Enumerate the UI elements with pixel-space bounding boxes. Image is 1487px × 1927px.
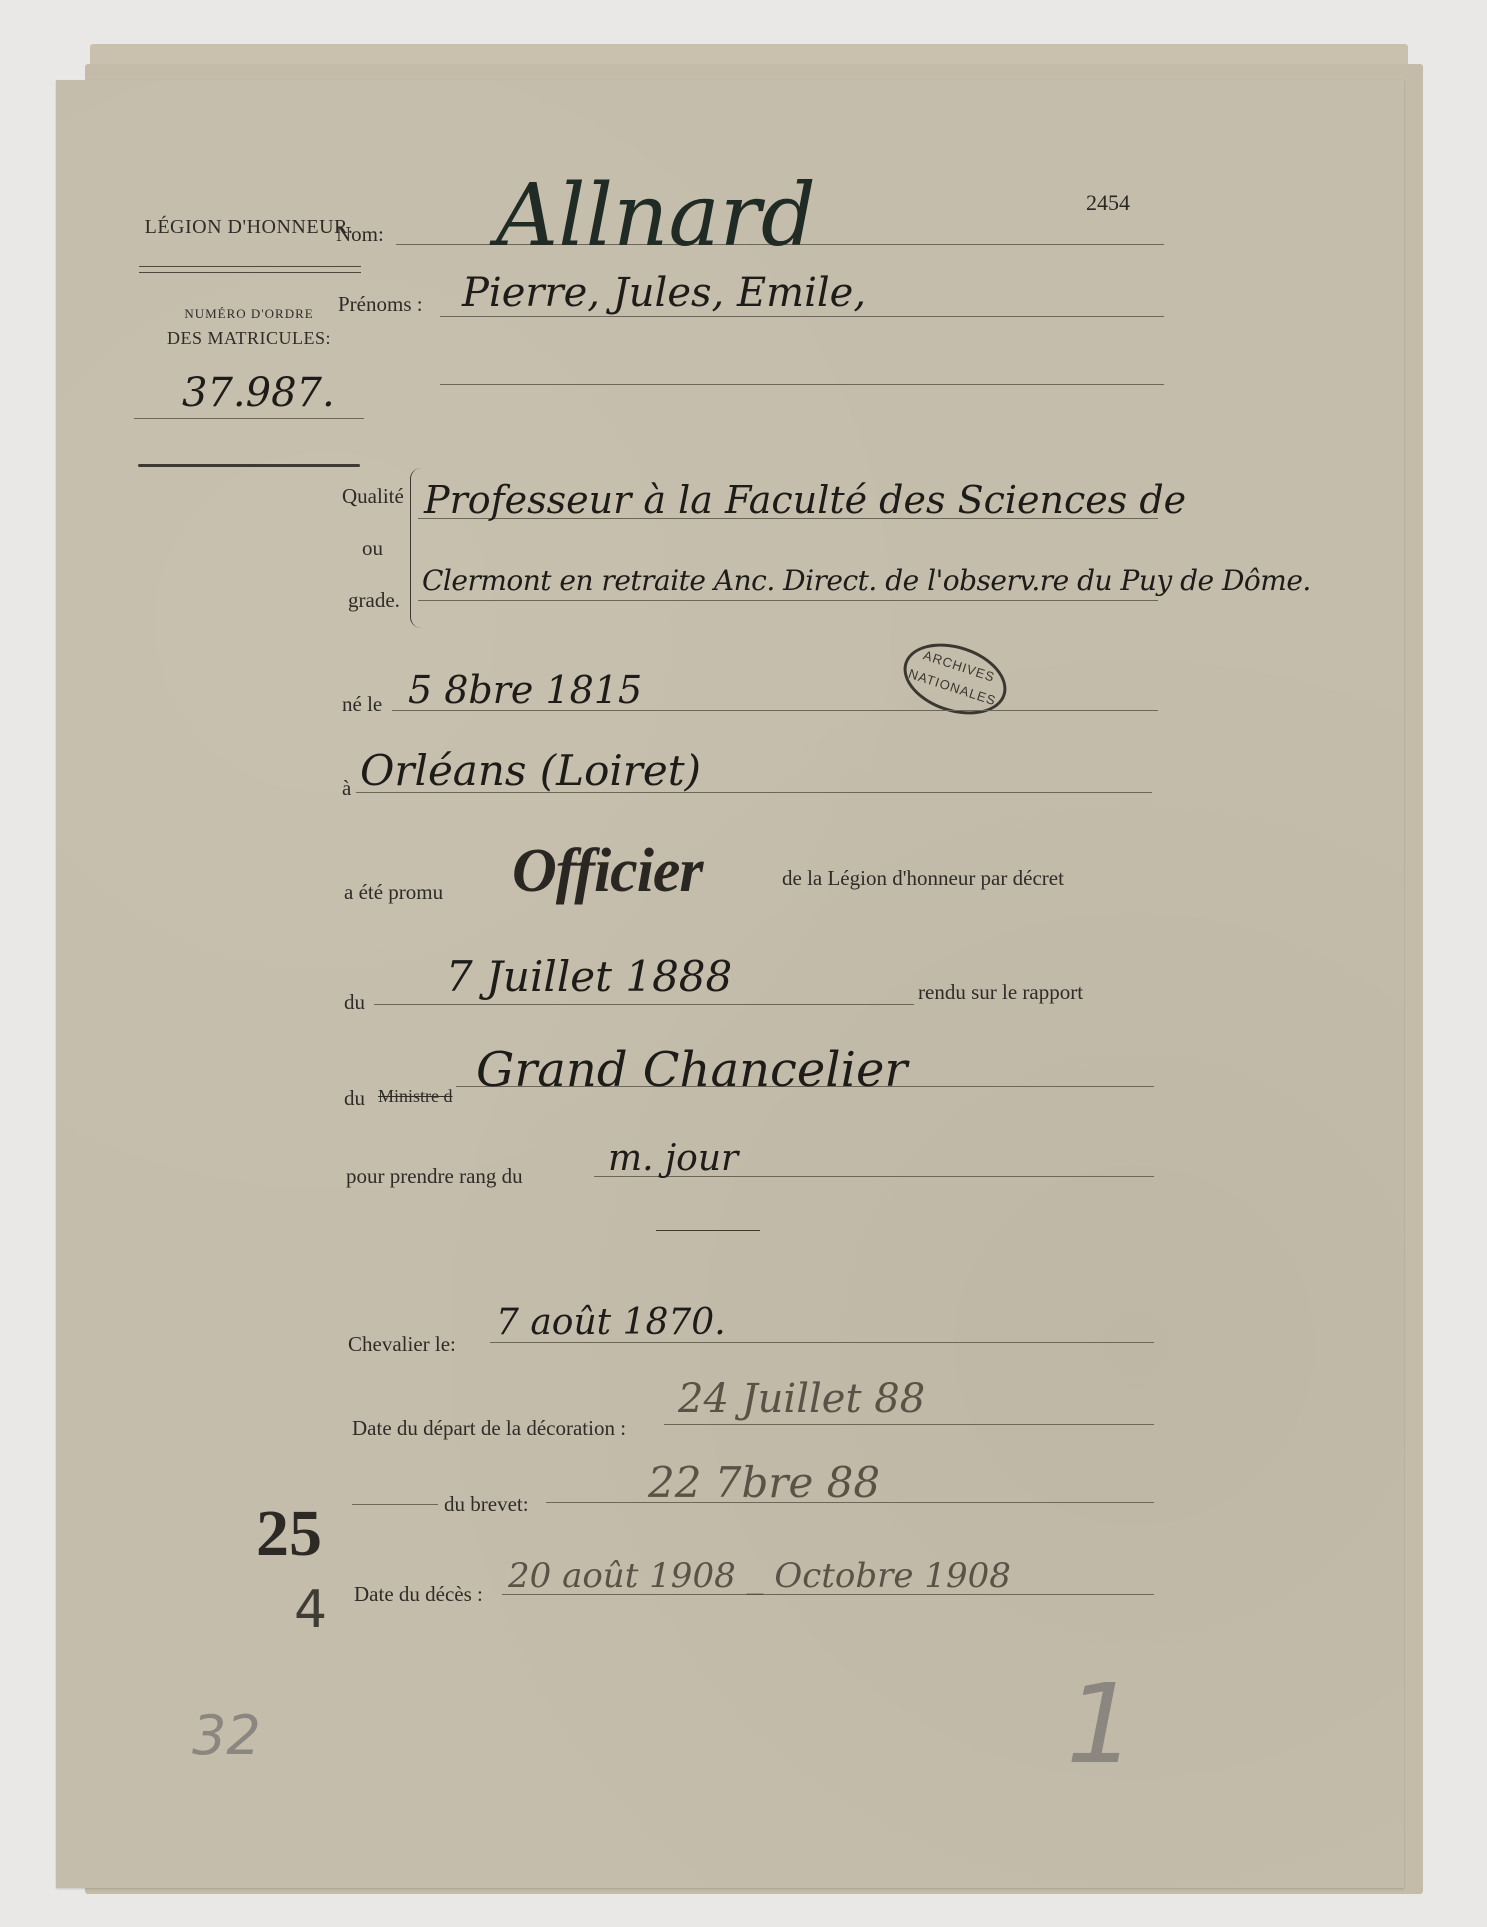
matricule-number: 37.987.	[182, 370, 335, 416]
rank-officier: Officier	[512, 836, 703, 907]
nom-label: Nom:	[336, 222, 384, 247]
brevet-prefix-line	[352, 1504, 438, 1505]
depart-decoration-label: Date du départ de la décoration :	[352, 1416, 626, 1441]
section-divider	[656, 1230, 760, 1231]
prenoms-label: Prénoms :	[338, 292, 423, 317]
lieu-value: Orléans (Loiret)	[360, 746, 701, 795]
archives-nationales-stamp: ARCHIVES NATIONALES	[894, 631, 1015, 727]
qualite-grade-label: grade.	[348, 588, 400, 613]
matricule-underline	[134, 418, 364, 419]
deces-value: 20 août 1908 _ Octobre 1908	[508, 1556, 1011, 1596]
rang-label: pour prendre rang du	[346, 1164, 523, 1189]
document-page: LÉGION D'HONNEUR. NUMÉRO D'ORDRE DES MAT…	[56, 80, 1404, 1888]
brevet-label: du brevet:	[444, 1492, 529, 1517]
qualite-line-2	[418, 600, 1158, 601]
rang-value: m. jour	[608, 1138, 738, 1179]
qualite-value-1: Professeur à la Faculté des Sciences de	[424, 478, 1186, 522]
struck-ministre-text: Ministre d	[378, 1086, 453, 1107]
lieu-label: à	[342, 776, 351, 801]
depart-decoration-value: 24 Juillet 88	[678, 1376, 925, 1422]
decret-du-label: du	[344, 990, 365, 1015]
legion-honneur-title: LÉGION D'HONNEUR.	[139, 216, 359, 239]
decret-date-value: 7 Juillet 1888	[446, 952, 732, 1001]
chevalier-label: Chevalier le:	[348, 1332, 456, 1357]
sub-number: 4	[294, 1580, 327, 1640]
qualite-bracket	[410, 468, 421, 628]
nom-value: Allnard	[496, 166, 816, 266]
order-label-top: NUMÉRO D'ORDRE	[139, 306, 359, 322]
box-number: 25	[256, 1496, 322, 1572]
depart-decoration-line	[664, 1424, 1154, 1425]
header-divider	[139, 266, 361, 273]
promu-label-after: de la Légion d'honneur par décret	[782, 866, 1064, 891]
prenoms-line	[440, 316, 1164, 317]
qualite-value-2: Clermont en retraite Anc. Direct. de l'o…	[422, 564, 1311, 597]
pencil-number: 32	[192, 1704, 261, 1767]
ne-le-value: 5 8bre 1815	[408, 668, 642, 712]
order-label-bottom: DES MATRICULES:	[139, 328, 359, 349]
nom-annotation: 2454	[1086, 190, 1130, 216]
ne-le-label: né le	[342, 692, 382, 717]
chevalier-value: 7 août 1870.	[496, 1302, 726, 1343]
qualite-label: Qualité	[342, 484, 404, 509]
rapport-du-label: du	[344, 1086, 365, 1111]
prenoms-value: Pierre, Jules, Emile,	[462, 270, 866, 316]
qualite-ou-label: ou	[362, 536, 383, 561]
brevet-value: 22 7bre 88	[648, 1458, 880, 1507]
promu-label: a été promu	[344, 880, 443, 905]
prenoms-line-2	[440, 384, 1164, 385]
rendu-sur-le-rapport-label: rendu sur le rapport	[918, 980, 1083, 1005]
pencil-mark-right: 1	[1066, 1660, 1136, 1788]
decret-du-line	[374, 1004, 914, 1005]
rapport-value: Grand Chancelier	[476, 1042, 907, 1098]
ornamental-rule	[138, 464, 360, 467]
deces-label: Date du décès :	[354, 1582, 483, 1607]
